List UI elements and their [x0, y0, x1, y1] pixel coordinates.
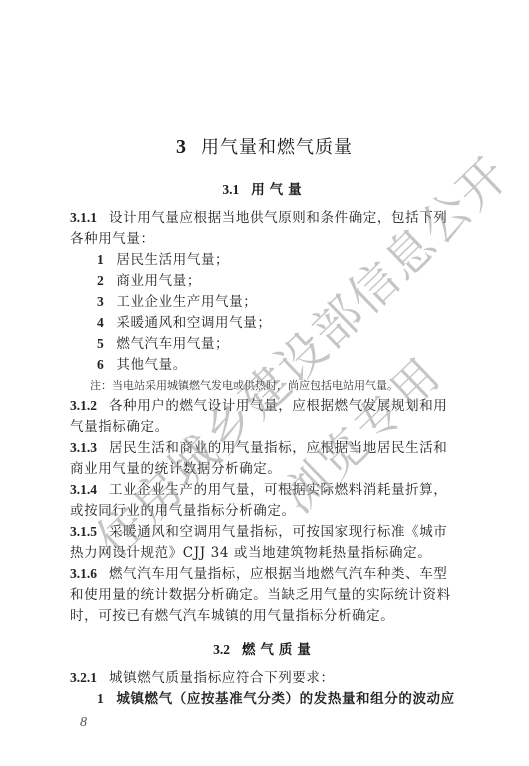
- clause-3-1-1-cont: 各种用气量：: [70, 229, 465, 249]
- list-item: 1城镇燃气（应按基准气分类）的发热量和组分的波动应: [97, 689, 492, 709]
- clause-3-1-6-cont: 时，可按已有燃气汽车城镇的用气量指标分析确定。: [70, 606, 465, 626]
- list-item: 1居民生活用气量；: [97, 250, 492, 270]
- clause-3-1-2-cont: 气量指标确定。: [70, 417, 465, 437]
- chapter-title: 3用气量和燃气质量: [0, 133, 529, 159]
- clause-number: 3.1.5: [70, 524, 97, 539]
- clause-text: 设计用气量应根据当地供气原则和条件确定，包括下列: [109, 210, 447, 226]
- section-number: 3.2: [213, 642, 230, 657]
- clause-3-1-2: 3.1.2各种用户的燃气设计用气量，应根据燃气发展规划和用: [70, 396, 465, 416]
- list-item: 2商业用气量；: [97, 271, 492, 291]
- item-number: 1: [97, 252, 104, 267]
- item-text: 燃气汽车用气量；: [116, 336, 229, 352]
- item-number: 4: [97, 315, 104, 330]
- clause-number: 3.1.1: [70, 210, 97, 225]
- section-number: 3.1: [222, 182, 239, 197]
- clause-number: 3.1.6: [70, 566, 97, 581]
- list-item: 5燃气汽车用气量；: [97, 334, 492, 354]
- note: 注：当电站采用城镇燃气发电或供热时，尚应包括电站用气量。: [90, 376, 485, 396]
- item-number: 3: [97, 294, 104, 309]
- clause-3-1-4-cont: 或按同行业的用气量指标分析确定。: [70, 501, 465, 521]
- clause-3-1-4: 3.1.4工业企业生产的用气量，可根据实际燃料消耗量折算，: [70, 480, 465, 500]
- chapter-title-text: 用气量和燃气质量: [201, 137, 353, 158]
- document-page: 3用气量和燃气质量 3.1用气量 3.1.1设计用气量应根据当地供气原则和条件确…: [0, 0, 529, 766]
- section-title-3-1: 3.1用气量: [0, 178, 529, 198]
- item-number: 6: [97, 357, 104, 372]
- clause-3-1-5: 3.1.5采暖通风和空调用气量指标，可按国家现行标准《城市: [70, 522, 465, 542]
- item-number: 2: [97, 273, 104, 288]
- item-text: 商业用气量；: [116, 273, 201, 289]
- page-number: 8: [80, 715, 87, 731]
- clause-text: 居民生活和商业的用气量指标，应根据当地居民生活和: [109, 440, 447, 456]
- list-item: 6其他气量。: [97, 355, 492, 375]
- item-number: 1: [97, 691, 104, 706]
- item-text: 工业企业生产用气量；: [116, 294, 257, 310]
- item-text: 采暖通风和空调用气量；: [116, 315, 271, 331]
- clause-3-1-3-cont: 商业用气量的统计数据分析确定。: [70, 459, 465, 479]
- clause-3-1-5-cont: 热力网设计规范》CJJ 34 或当地建筑物耗热量指标确定。: [70, 543, 465, 563]
- section-title-3-2: 3.2燃气质量: [0, 638, 529, 658]
- list-item: 4采暖通风和空调用气量；: [97, 313, 492, 333]
- section-title-text: 用气量: [251, 182, 307, 198]
- section-title-text: 燃气质量: [242, 642, 316, 658]
- item-number: 5: [97, 336, 104, 351]
- clause-number: 3.2.1: [70, 670, 97, 685]
- chapter-number: 3: [176, 136, 187, 158]
- item-text: 居民生活用气量；: [116, 252, 229, 268]
- clause-3-1-1: 3.1.1设计用气量应根据当地供气原则和条件确定，包括下列: [70, 208, 465, 228]
- clause-text: 燃气汽车用气量指标，应根据当地燃气汽车种类、车型: [109, 566, 447, 582]
- clause-number: 3.1.2: [70, 398, 97, 413]
- clause-text: 采暖通风和空调用气量指标，可按国家现行标准《城市: [109, 524, 447, 540]
- list-item: 3工业企业生产用气量；: [97, 292, 492, 312]
- clause-text: 各种用户的燃气设计用气量，应根据燃气发展规划和用: [109, 398, 447, 414]
- clause-text: 工业企业生产的用气量，可根据实际燃料消耗量折算，: [109, 482, 447, 498]
- item-text: 城镇燃气（应按基准气分类）的发热量和组分的波动应: [116, 691, 454, 707]
- clause-3-1-3: 3.1.3居民生活和商业的用气量指标，应根据当地居民生活和: [70, 438, 465, 458]
- clause-3-1-6-cont: 和使用量的统计数据分析确定。当缺乏用气量的实际统计资料: [70, 585, 465, 605]
- clause-3-1-6: 3.1.6燃气汽车用气量指标，应根据当地燃气汽车种类、车型: [70, 564, 465, 584]
- clause-number: 3.1.3: [70, 440, 97, 455]
- clause-number: 3.1.4: [70, 482, 97, 497]
- clause-3-2-1: 3.2.1城镇燃气质量指标应符合下列要求：: [70, 668, 465, 688]
- item-text: 其他气量。: [116, 357, 187, 373]
- clause-text: 城镇燃气质量指标应符合下列要求：: [109, 670, 335, 686]
